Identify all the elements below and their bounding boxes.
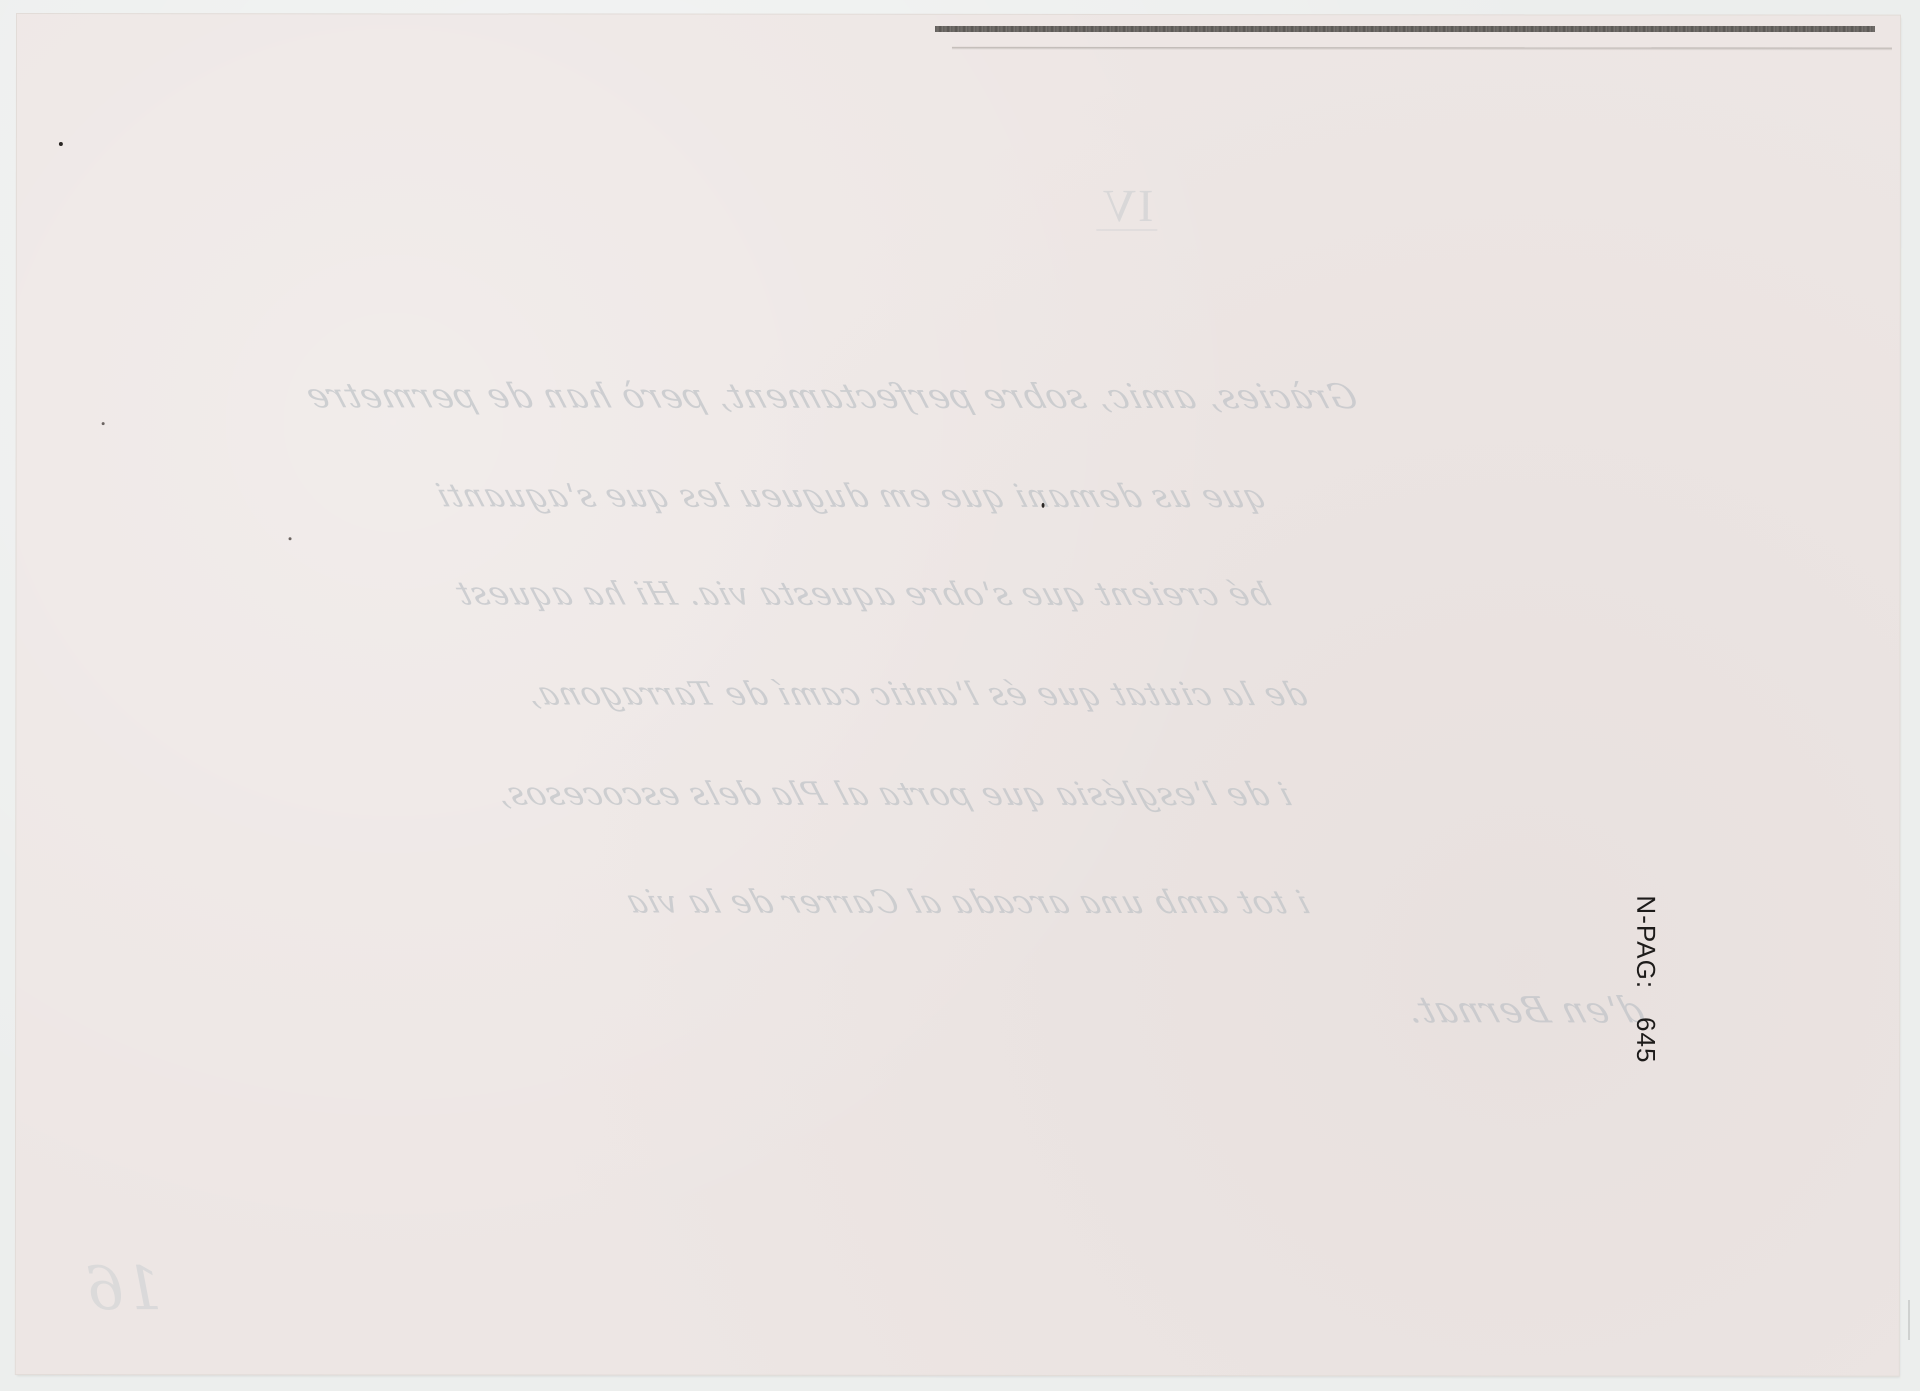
bleed-line: Gràcies, amic, sobre perfectament, però …: [300, 376, 1363, 417]
bleed-line: bé creient que s'obre aquesta via. Hi ha…: [450, 574, 1275, 613]
top-edge-dark-strip: [935, 26, 1875, 32]
bleed-line: i de l'església que porta al Pla dels es…: [490, 774, 1296, 813]
page-number-stamp: N-PAG:645: [1630, 895, 1661, 1063]
bleed-line: de la ciutat que és l'antic camí de Tarr…: [520, 674, 1311, 713]
bleed-through-handwriting: Gràcies, amic, sobre perfectament, però …: [16, 14, 1900, 1376]
bleed-through-corner-number: 16: [86, 1254, 162, 1324]
bleed-line: d'en Bernat.: [1399, 990, 1649, 1031]
bleed-line: i tot amb una arcada al Carrer de la via: [620, 883, 1314, 922]
stamp-number: 645: [1631, 1017, 1661, 1063]
letter-sheet: IV Gràcies, amic, sobre perfectament, pe…: [16, 14, 1900, 1376]
right-edge-mark: [1908, 1300, 1910, 1340]
stamp-label: N-PAG:: [1631, 895, 1661, 989]
bleed-line: que us demani que em dugueu les que s'ag…: [430, 476, 1270, 515]
